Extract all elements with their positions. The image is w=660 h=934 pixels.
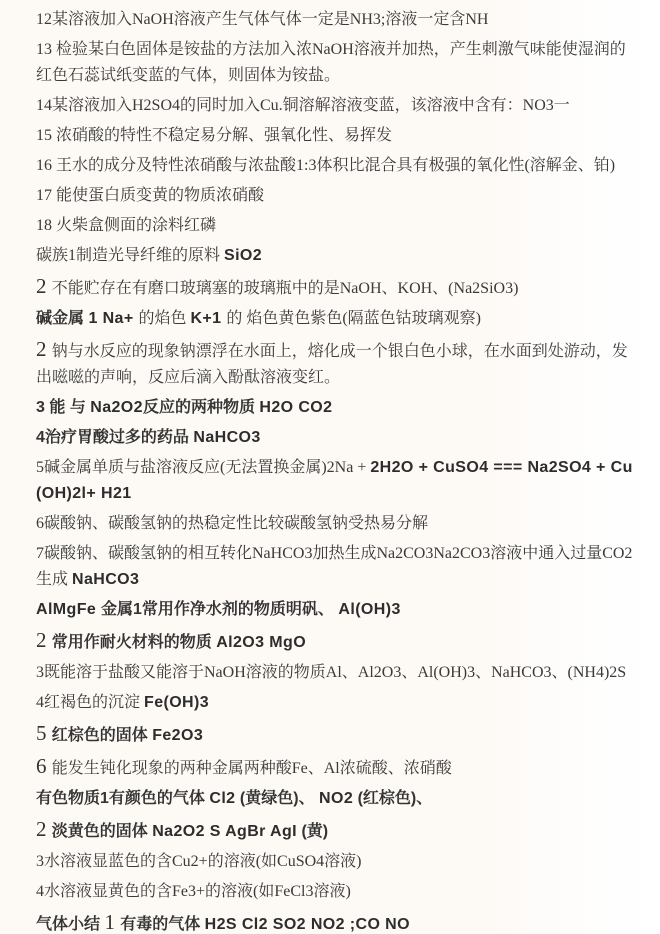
document-line: 6 能发生钝化现象的两种金属两种酸Fe、Al浓硫酸、浓硝酸	[36, 753, 636, 782]
document-line: 2 钠与水反应的现象钠漂浮在水面上，熔化成一个银白色小球，在水面到处游动，发出嗞…	[36, 336, 636, 391]
text-segment: (黄)	[297, 823, 328, 840]
text-segment: 金属1常用作净水剂的物质明矾、	[101, 601, 338, 618]
text-segment: Al2O3 MgO	[216, 634, 306, 651]
text-segment: 12某溶液加入NaOH溶液产生气体气体一定是NH3;溶液一定含NH	[36, 11, 488, 28]
text-segment: NaHCO3	[193, 429, 260, 446]
document-line: 有色物质1有颜色的气体 Cl2 (黄绿色)、 NO2 (红棕色)、	[36, 786, 636, 812]
text-segment: 13 检验某白色固体是铵盐的方法加入浓NaOH溶液并加热，产生刺激气味能使湿润的…	[36, 41, 626, 84]
text-segment: 16 王水的成分及特性浓硝酸与浓盐酸1:3体积比混合具有极强的氧化性(溶解金、铂…	[36, 157, 615, 174]
text-segment: K+1	[190, 310, 226, 327]
document-line: 15 浓硝酸的特性不稳定易分解、强氧化性、易挥发	[36, 123, 636, 149]
document-body: 12某溶液加入NaOH溶液产生气体气体一定是NH3;溶液一定含NH13 检验某白…	[0, 0, 660, 934]
text-segment: NO2	[319, 790, 353, 807]
text-segment: 有毒的气体	[120, 916, 204, 933]
text-segment: 2	[36, 628, 52, 652]
text-segment: Al(OH)3	[338, 601, 400, 618]
document-line: 4红褐色的沉淀 Fe(OH)3	[36, 690, 636, 716]
document-line: 2 淡黄色的固体 Na2O2 S AgBr AgI (黄)	[36, 816, 636, 845]
text-segment: Na2O2	[90, 399, 143, 416]
text-segment: NaHCO3	[72, 571, 139, 588]
text-segment: H2O CO2	[259, 399, 332, 416]
text-segment: 4水溶液显黄色的含Fe3+的溶液(如FeCl3溶液)	[36, 883, 351, 900]
document-line: 16 王水的成分及特性浓硝酸与浓盐酸1:3体积比混合具有极强的氧化性(溶解金、铂…	[36, 153, 636, 179]
text-segment: 3水溶液显蓝色的含Cu2+的溶液(如CuSO4溶液)	[36, 853, 361, 870]
text-segment: 1	[104, 910, 120, 934]
text-segment: 5	[36, 721, 52, 745]
text-segment: 17 能使蛋白质变黄的物质浓硝酸	[36, 187, 264, 204]
document-line: 6碳酸钠、碳酸氢钠的热稳定性比较碳酸氢钠受热易分解	[36, 511, 636, 537]
text-segment: 红棕色的固体	[52, 727, 152, 744]
text-segment: 能发生钝化现象的两种金属两种酸Fe、Al浓硫酸、浓硝酸	[52, 760, 452, 777]
text-segment: 碱金属	[36, 310, 88, 327]
document-line: 5碱金属单质与盐溶液反应(无法置换金属)2Na + 2H2O + CuSO4 =…	[36, 455, 636, 507]
text-segment: 反应的两种物质	[143, 399, 259, 416]
document-line: 气体小结 1 有毒的气体 H2S Cl2 SO2 NO2 ;CO NO	[36, 909, 636, 934]
text-segment: 1 Na+	[88, 310, 138, 327]
text-segment: 常用作耐火材料的物质	[52, 634, 216, 651]
text-segment: 3 能 与	[36, 399, 90, 416]
document-line: 2 不能贮存在有磨口玻璃塞的玻璃瓶中的是NaOH、KOH、(Na2SiO3)	[36, 273, 636, 302]
document-line: 5 红棕色的固体 Fe2O3	[36, 720, 636, 749]
text-segment: 淡黄色的固体	[52, 823, 152, 840]
text-segment: 有色物质1有颜色的气体	[36, 790, 209, 807]
text-segment: 钠与水反应的现象钠漂浮在水面上，熔化成一个银白色小球，在水面到处游动，发出嗞嗞的…	[36, 343, 628, 386]
text-segment: 6碳酸钠、碳酸氢钠的热稳定性比较碳酸氢钠受热易分解	[36, 515, 428, 532]
text-segment: 15 浓硝酸的特性不稳定易分解、强氧化性、易挥发	[36, 127, 392, 144]
document-line: 13 检验某白色固体是铵盐的方法加入浓NaOH溶液并加热，产生刺激气味能使湿润的…	[36, 37, 636, 89]
text-segment: 的焰色	[138, 310, 190, 327]
text-segment: AlMgFe	[36, 601, 101, 618]
text-segment: 5碱金属单质与盐溶液反应(无法置换金属)2Na +	[36, 459, 370, 476]
document-line: 碱金属 1 Na+ 的焰色 K+1 的 焰色黄色紫色(隔蓝色钴玻璃观察)	[36, 306, 636, 332]
text-segment: 14某溶液加入H2SO4的同时加入Cu.铜溶解溶液变蓝，该溶液中含有：NO3一	[36, 97, 570, 114]
document-line: 18 火柴盒侧面的涂料红磷	[36, 213, 636, 239]
document-line: 碳族1制造光导纤维的原料 SiO2	[36, 243, 636, 269]
text-segment: 4红褐色的沉淀	[36, 694, 144, 711]
document-line: 3水溶液显蓝色的含Cu2+的溶液(如CuSO4溶液)	[36, 849, 636, 875]
text-segment: 的 焰色黄色紫色(隔蓝色钴玻璃观察)	[226, 310, 481, 327]
document-page: 12某溶液加入NaOH溶液产生气体气体一定是NH3;溶液一定含NH13 检验某白…	[0, 0, 660, 934]
document-line: 14某溶液加入H2SO4的同时加入Cu.铜溶解溶液变蓝，该溶液中含有：NO3一	[36, 93, 636, 119]
text-segment: 2	[36, 274, 52, 298]
text-segment: 2	[36, 337, 52, 361]
text-segment: Na2O2 S AgBr AgI	[152, 823, 297, 840]
text-segment: 6	[36, 754, 52, 778]
text-segment: (红棕色)、	[353, 790, 432, 807]
text-segment: 18 火柴盒侧面的涂料红磷	[36, 217, 216, 234]
text-segment: 不能贮存在有磨口玻璃塞的玻璃瓶中的是NaOH、KOH、(Na2SiO3)	[52, 280, 519, 297]
text-segment: Fe2O3	[152, 727, 203, 744]
document-line: 17 能使蛋白质变黄的物质浓硝酸	[36, 183, 636, 209]
text-segment: 2	[36, 817, 52, 841]
text-segment: Cl2	[209, 790, 235, 807]
text-segment: 4治疗胃酸过多的药品	[36, 429, 193, 446]
text-segment: (黄绿色)、	[235, 790, 319, 807]
text-segment: 碳族1制造光导纤维的原料	[36, 247, 224, 264]
text-segment: H2S Cl2 SO2 NO2 ;CO NO	[205, 916, 410, 933]
document-line: 4水溶液显黄色的含Fe3+的溶液(如FeCl3溶液)	[36, 879, 636, 905]
text-segment: 3既能溶于盐酸又能溶于NaOH溶液的物质Al、Al2O3、Al(OH)3、NaH…	[36, 664, 626, 681]
document-line: 3 能 与 Na2O2反应的两种物质 H2O CO2	[36, 395, 636, 421]
document-line: 3既能溶于盐酸又能溶于NaOH溶液的物质Al、Al2O3、Al(OH)3、NaH…	[36, 660, 636, 686]
text-segment: SiO2	[224, 247, 262, 264]
document-line: 12某溶液加入NaOH溶液产生气体气体一定是NH3;溶液一定含NH	[36, 7, 636, 33]
text-segment: 气体小结	[36, 916, 104, 933]
text-segment: Fe(OH)3	[144, 694, 209, 711]
document-line: 7碳酸钠、碳酸氢钠的相互转化NaHCO3加热生成Na2CO3Na2CO3溶液中通…	[36, 541, 636, 593]
document-line: 4治疗胃酸过多的药品 NaHCO3	[36, 425, 636, 451]
document-line: 2 常用作耐火材料的物质 Al2O3 MgO	[36, 627, 636, 656]
document-line: AlMgFe 金属1常用作净水剂的物质明矾、 Al(OH)3	[36, 597, 636, 623]
